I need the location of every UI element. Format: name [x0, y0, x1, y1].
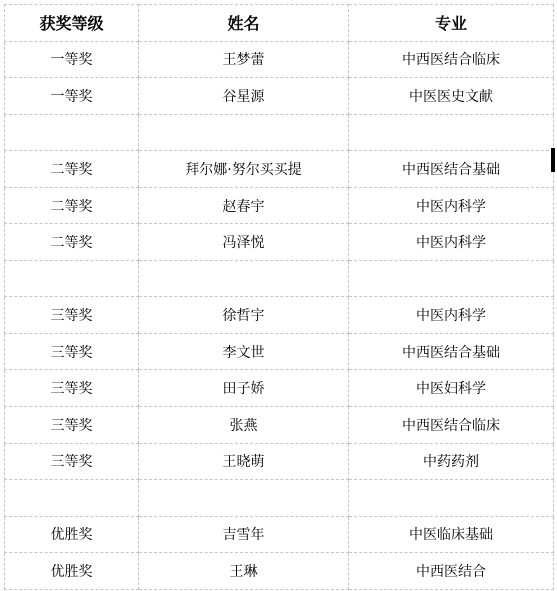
cell-major[interactable] [349, 480, 554, 517]
cell-name[interactable]: 张燕 [139, 407, 349, 444]
table-row: 优胜奖 吉雪年 中医临床基础 [5, 516, 554, 553]
cell-major[interactable]: 中西医结合 [349, 553, 554, 590]
table-row: 二等奖 冯泽悦 中医内科学 [5, 224, 554, 261]
table-row: 二等奖 拜尔娜·努尔买买提 中西医结合基础 [5, 151, 554, 188]
cell-name[interactable]: 王琳 [139, 553, 349, 590]
cell-award-level[interactable] [5, 480, 139, 517]
cell-major[interactable]: 中医妇科学 [349, 370, 554, 407]
table-row: 二等奖 赵春宇 中医内科学 [5, 187, 554, 224]
cell-award-level[interactable]: 二等奖 [5, 151, 139, 188]
cell-award-level[interactable]: 优胜奖 [5, 516, 139, 553]
table-row: 一等奖 王梦蕾 中西医结合临床 [5, 41, 554, 78]
table-row [5, 480, 554, 517]
text-cursor [551, 148, 555, 172]
cell-award-level[interactable]: 三等奖 [5, 297, 139, 334]
cell-major[interactable]: 中西医结合基础 [349, 333, 554, 370]
table-body: 一等奖 王梦蕾 中西医结合临床 一等奖 谷星源 中医医史文献 二等奖 拜尔娜·努… [5, 41, 554, 589]
cell-major[interactable] [349, 114, 554, 151]
cell-name[interactable]: 李文世 [139, 333, 349, 370]
table-row: 优胜奖 王琳 中西医结合 [5, 553, 554, 590]
cell-name[interactable]: 王晓萌 [139, 443, 349, 480]
table-row [5, 114, 554, 151]
header-row: 获奖等级 姓名 专业 [5, 5, 554, 42]
cell-name[interactable] [139, 480, 349, 517]
cell-award-level[interactable]: 二等奖 [5, 224, 139, 261]
cell-award-level[interactable] [5, 114, 139, 151]
cell-award-level[interactable]: 一等奖 [5, 78, 139, 115]
cell-major[interactable]: 中药药剂 [349, 443, 554, 480]
cell-award-level[interactable]: 二等奖 [5, 187, 139, 224]
cell-name[interactable]: 冯泽悦 [139, 224, 349, 261]
table-row: 三等奖 张燕 中西医结合临床 [5, 407, 554, 444]
cell-award-level[interactable]: 优胜奖 [5, 553, 139, 590]
document-page: 获奖等级 姓名 专业 一等奖 王梦蕾 中西医结合临床 一等奖 谷星源 中医医史文… [0, 0, 557, 591]
cell-major[interactable]: 中医内科学 [349, 224, 554, 261]
cell-major[interactable]: 中医内科学 [349, 187, 554, 224]
table-row [5, 260, 554, 297]
table-row: 一等奖 谷星源 中医医史文献 [5, 78, 554, 115]
awards-table: 获奖等级 姓名 专业 一等奖 王梦蕾 中西医结合临床 一等奖 谷星源 中医医史文… [4, 4, 554, 590]
cell-award-level[interactable]: 一等奖 [5, 41, 139, 78]
table-row: 三等奖 田子娇 中医妇科学 [5, 370, 554, 407]
cell-award-level[interactable]: 三等奖 [5, 443, 139, 480]
cell-name[interactable] [139, 114, 349, 151]
table-row: 三等奖 李文世 中西医结合基础 [5, 333, 554, 370]
cell-major[interactable]: 中西医结合基础 [349, 151, 554, 188]
cell-major[interactable]: 中西医结合临床 [349, 407, 554, 444]
cell-name[interactable] [139, 260, 349, 297]
cell-major[interactable]: 中医医史文献 [349, 78, 554, 115]
table-row: 三等奖 王晓萌 中药药剂 [5, 443, 554, 480]
table-row: 三等奖 徐哲宇 中医内科学 [5, 297, 554, 334]
header-major[interactable]: 专业 [349, 5, 554, 42]
cell-name[interactable]: 徐哲宇 [139, 297, 349, 334]
cell-award-level[interactable] [5, 260, 139, 297]
cell-award-level[interactable]: 三等奖 [5, 407, 139, 444]
cell-major[interactable]: 中医临床基础 [349, 516, 554, 553]
cell-name[interactable]: 田子娇 [139, 370, 349, 407]
cell-name[interactable]: 赵春宇 [139, 187, 349, 224]
cell-name[interactable]: 王梦蕾 [139, 41, 349, 78]
cell-award-level[interactable]: 三等奖 [5, 333, 139, 370]
cell-major[interactable]: 中医内科学 [349, 297, 554, 334]
cell-name[interactable]: 吉雪年 [139, 516, 349, 553]
cell-name[interactable]: 拜尔娜·努尔买买提 [139, 151, 349, 188]
cell-major[interactable] [349, 260, 554, 297]
header-award-level[interactable]: 获奖等级 [5, 5, 139, 42]
cell-major[interactable]: 中西医结合临床 [349, 41, 554, 78]
cell-award-level[interactable]: 三等奖 [5, 370, 139, 407]
cell-name[interactable]: 谷星源 [139, 78, 349, 115]
header-name[interactable]: 姓名 [139, 5, 349, 42]
